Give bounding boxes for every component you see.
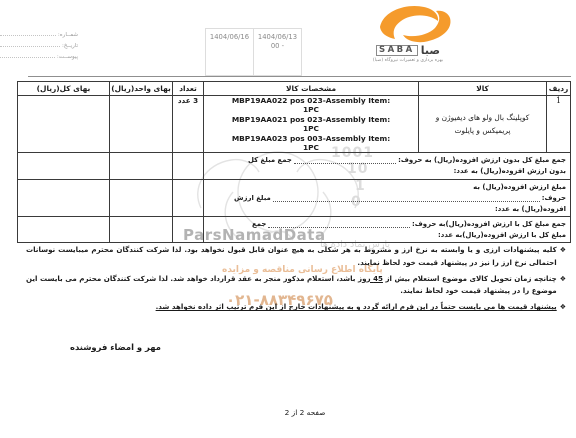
item-unit-price-cell — [110, 96, 173, 153]
item-row: 1 کوپلینگ بال ولو های دیفیوژن و پریمیکس … — [18, 96, 571, 153]
page-number: صفحه 2 از 2 — [255, 408, 355, 417]
saba-latin-text: SABA — [376, 45, 418, 56]
ref-date-label: تاریــخ: — [60, 43, 78, 49]
dotted-fill-line — [273, 201, 540, 202]
total-with-vat-words-label: جمع مبلغ کل با ارزش افزوده(ریال)به حروف: — [412, 219, 566, 230]
letterhead-divider — [28, 76, 571, 77]
quotation-form-page: { "letterhead": { "fields": { "f1": "شمـ… — [0, 0, 576, 438]
inquiry-date-2-line2: 00 - — [254, 42, 301, 51]
total-without-vat-words-label: جمع مبلغ کل بدون ارزش افزوده(ریال) به حر… — [398, 155, 566, 166]
empty-cell — [18, 153, 110, 180]
inquiry-date-cell-2: 1404/06/13 00 - — [253, 29, 301, 75]
item-total-price-cell — [18, 96, 110, 153]
ref-number-blank-line — [0, 35, 56, 36]
saba-swirl-icon — [352, 2, 478, 48]
vat-amount-cell: مبلغ ارزش افزوده(ریال) به حروف: مبلغ ارز… — [204, 180, 571, 217]
vat-words-label: حروف: — [542, 193, 566, 204]
dotted-fill-line — [268, 227, 410, 228]
total-without-vat-cell: جمع مبلغ کل بدون ارزش افزوده(ریال) به حر… — [204, 153, 571, 180]
vat-amount-line1: مبلغ ارزش افزوده(ریال) به — [208, 182, 566, 193]
note-currency: ❖ کلیه پیشنهادات ارزی و یا وابسته به نرخ… — [26, 244, 566, 269]
diamond-bullet-icon: ❖ — [560, 301, 566, 314]
vat-figures-label: افزوده(ریال) به عدد: — [208, 204, 566, 215]
quotation-table: ردیف کالا مشخصات کالا تعداد بهای واحد(ری… — [17, 81, 571, 243]
vat-wrap: مبلغ ارزش — [234, 193, 271, 204]
empty-cell — [110, 217, 173, 243]
header-specs: مشخصات کالا — [204, 82, 419, 96]
empty-cell — [110, 180, 173, 217]
header-unit-price: بهای واحد(ریال) — [110, 82, 173, 96]
total-with-vat-wrap: جمع — [252, 219, 266, 230]
vat-amount-line2: حروف: مبلغ ارزش — [208, 193, 566, 204]
saba-logo: SABA صبا بهره برداری و تعمیرات نیروگاه (… — [338, 2, 478, 63]
ref-number-row: شمــاره: — [0, 27, 78, 38]
total-without-vat-figures-label: بدون ارزش افزوده(ریال) به عدد: — [208, 166, 566, 177]
vat-amount-row: مبلغ ارزش افزوده(ریال) به حروف: مبلغ ارز… — [18, 180, 571, 217]
note-delivery-45days: 45 روز — [358, 274, 383, 283]
letterhead-ref-fields: شمــاره: تاریــخ: پیوســت: — [0, 27, 78, 60]
note-delivery-text: چنانچه زمان تحویل کالای موضوع استعلام بی… — [26, 273, 557, 298]
empty-cell — [173, 180, 204, 217]
diamond-bullet-icon: ❖ — [560, 244, 566, 269]
ref-attachment-blank-line — [0, 57, 55, 58]
header-total-price: بهای کل(ریال) — [18, 82, 110, 96]
empty-cell — [18, 180, 110, 217]
total-with-vat-row: جمع مبلغ کل با ارزش افزوده(ریال)به حروف:… — [18, 217, 571, 243]
ref-date-row: تاریــخ: — [0, 38, 78, 49]
note-form-only: ❖ پیشنهاد قیمت ها می بایست حتماً در این … — [26, 301, 566, 314]
spec-line: MBP19AA021 pos 023-Assembly Item: — [204, 115, 418, 124]
empty-cell — [173, 217, 204, 243]
note-delivery: ❖ چنانچه زمان تحویل کالای موضوع استعلام … — [26, 273, 566, 298]
spec-line: 1PC — [204, 143, 418, 152]
inquiry-date-cell-1: 1404/06/16 — [206, 29, 253, 75]
empty-cell — [18, 217, 110, 243]
header-qty: تعداد — [173, 82, 204, 96]
note-currency-text: کلیه پیشنهادات ارزی و یا وابسته به نرخ ا… — [26, 244, 557, 269]
ref-attachment-label: پیوســت: — [55, 54, 78, 60]
item-row-number: 1 — [547, 96, 571, 153]
spec-line: 1PC — [204, 124, 418, 133]
item-qty-cell: 3 عدد — [173, 96, 204, 153]
total-without-vat-line1: جمع مبلغ کل بدون ارزش افزوده(ریال) به حر… — [208, 155, 566, 166]
total-with-vat-figures-label: مبلغ کل با ارزش افزوده(ریال)به عدد: — [208, 230, 566, 241]
total-with-vat-cell: جمع مبلغ کل با ارزش افزوده(ریال)به حروف:… — [204, 217, 571, 243]
item-specs-cell: MBP19AA022 pos 023-Assembly Item: 1PC MB… — [204, 96, 419, 153]
header-row-no: ردیف — [547, 82, 571, 96]
inquiry-dates-box: 1404/06/16 1404/06/13 00 - — [205, 28, 302, 76]
dotted-fill-line — [294, 163, 396, 164]
item-name-cell: کوپلینگ بال ولو های دیفیوژن و پریمیکس و … — [419, 96, 547, 153]
ref-number-label: شمــاره: — [56, 32, 78, 38]
note-delivery-part1: چنانچه زمان تحویل کالای موضوع استعلام بی… — [383, 274, 557, 283]
item-name-line2: پریمیکس و پایلوت — [419, 124, 546, 137]
spec-line: 1PC — [204, 105, 418, 114]
total-with-vat-line1: جمع مبلغ کل با ارزش افزوده(ریال)به حروف:… — [208, 219, 566, 230]
spec-line: MBP19AA023 pos 003-Assembly Item: — [204, 134, 418, 143]
seller-stamp-signature-label: مهر و امضاء فروشنده — [70, 342, 161, 352]
total-without-vat-row: جمع مبلغ کل بدون ارزش افزوده(ریال) به حر… — [18, 153, 571, 180]
ref-date-blank-line — [0, 46, 60, 47]
terms-notes: ❖ کلیه پیشنهادات ارزی و یا وابسته به نرخ… — [26, 244, 566, 317]
item-name-line1: کوپلینگ بال ولو های دیفیوژن و — [419, 111, 546, 124]
saba-persian-text: صبا — [421, 45, 440, 56]
table-header-row: ردیف کالا مشخصات کالا تعداد بهای واحد(ری… — [18, 82, 571, 96]
inquiry-date-2-line1: 1404/06/13 — [254, 33, 301, 42]
ref-attachment-row: پیوســت: — [0, 49, 78, 60]
note-form-only-text: پیشنهاد قیمت ها می بایست حتماً در این فر… — [156, 301, 557, 314]
diamond-bullet-icon: ❖ — [560, 273, 566, 298]
header-item: کالا — [419, 82, 547, 96]
saba-tagline: بهره برداری و تعمیرات نیروگاه (صبا) — [338, 58, 478, 63]
empty-cell — [110, 153, 173, 180]
spec-line: MBP19AA022 pos 023-Assembly Item: — [204, 96, 418, 105]
total-without-vat-wrap: جمع مبلغ کل — [248, 155, 292, 166]
empty-cell — [173, 153, 204, 180]
